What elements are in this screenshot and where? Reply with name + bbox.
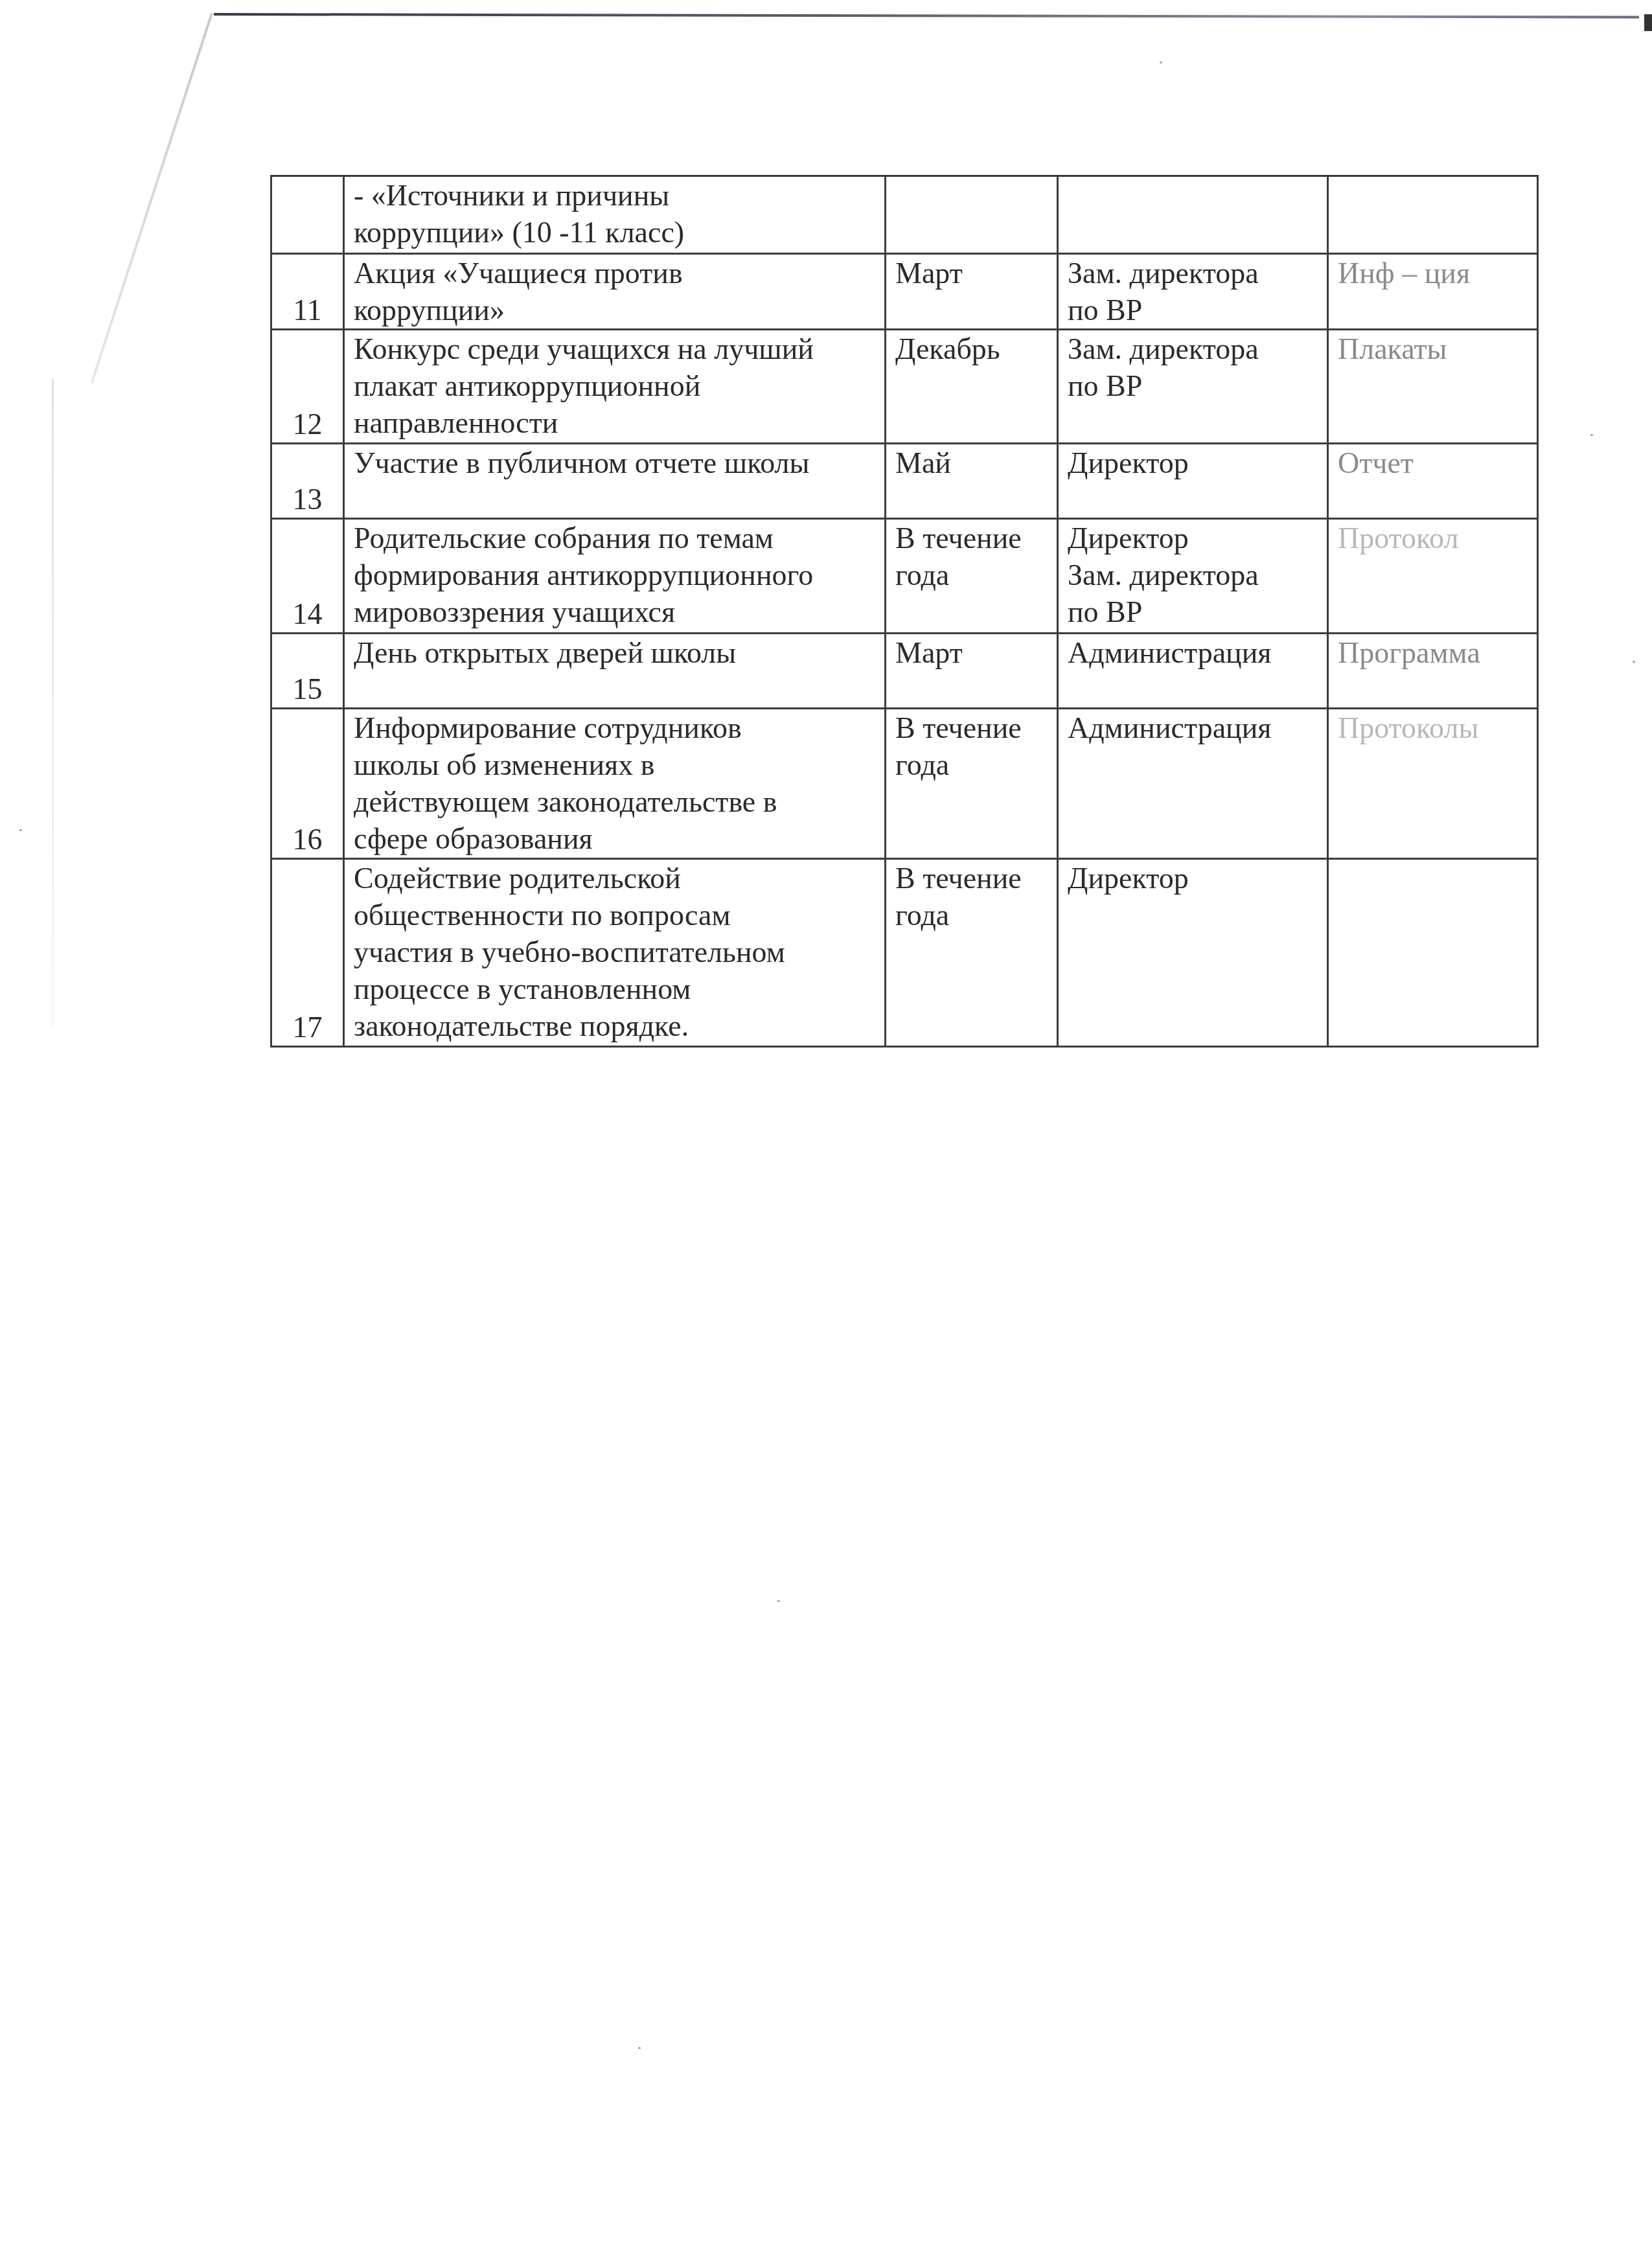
responsible-text-line: по ВР	[1068, 367, 1320, 404]
timing-cell: В течениегода	[886, 859, 1058, 1047]
scan-top-border-artifact	[214, 13, 1639, 19]
table-row: - «Источники и причиныкоррупции» (10 -11…	[271, 176, 1538, 254]
timing-cell: Март	[886, 254, 1058, 330]
row-number-cell	[271, 176, 344, 254]
event-text-line: - «Источники и причины	[354, 177, 878, 214]
scan-speck	[1160, 62, 1162, 63]
timing-text-line: Май	[895, 444, 1050, 481]
row-number-cell: 15	[271, 634, 344, 709]
timing-text-line: Декабрь	[895, 330, 1050, 367]
timing-text-line: года	[895, 897, 1050, 934]
responsible-cell: ДиректорЗам. директорапо ВР	[1058, 519, 1328, 634]
timing-text-line: года	[895, 746, 1050, 783]
event-text-line: Акция «Учащиеся против	[354, 255, 878, 292]
event-text-line: коррупции»	[354, 292, 878, 328]
event-text-line: Информирование сотрудников	[354, 709, 878, 746]
result-cell	[1328, 176, 1538, 254]
responsible-text-line: Зам. директора	[1068, 255, 1320, 292]
scan-page-edge-artifact	[52, 379, 54, 1027]
row-number-cell: 13	[271, 444, 344, 519]
event-text-line: плакат антикоррупционной	[354, 367, 878, 404]
event-text-line: мировоззрения учащихся	[354, 593, 878, 630]
timing-cell: Май	[886, 444, 1058, 519]
row-number-cell: 11	[271, 254, 344, 330]
scan-corner-artifact	[1644, 14, 1652, 31]
responsible-cell: Администрация	[1058, 634, 1328, 709]
scan-speck	[638, 2047, 641, 2049]
event-cell: День открытых дверей школы	[344, 634, 886, 709]
timing-cell: В течениегода	[886, 709, 1058, 859]
responsible-text-line: по ВР	[1068, 593, 1320, 630]
row-number-cell: 12	[271, 330, 344, 444]
responsible-cell: Директор	[1058, 444, 1328, 519]
timing-text-line: В течение	[895, 520, 1050, 556]
event-text-line: законодательстве порядке.	[354, 1007, 878, 1044]
responsible-text-line: Администрация	[1068, 634, 1320, 671]
timing-text-line: Март	[895, 255, 1050, 292]
timing-cell: В течениегода	[886, 519, 1058, 634]
table-row: 17Содействие родительскойобщественности …	[271, 859, 1538, 1047]
responsible-text-line: Директор	[1068, 860, 1320, 897]
timing-text-line: В течение	[895, 860, 1050, 897]
result-text-line: Отчет	[1338, 444, 1530, 481]
table-row: 12Конкурс среди учащихся на лучшийплакат…	[271, 330, 1538, 444]
row-number-cell: 14	[271, 519, 344, 634]
responsible-text-line: Зам. директора	[1068, 330, 1320, 367]
result-text-line: Программа	[1338, 634, 1530, 671]
event-text-line: общественности по вопросам	[354, 897, 878, 934]
table-row: 15День открытых дверей школыМартАдминист…	[271, 634, 1538, 709]
scan-speck	[777, 1600, 780, 1602]
event-cell: Конкурс среди учащихся на лучшийплакат а…	[344, 330, 886, 444]
result-cell: Программа	[1328, 634, 1538, 709]
timing-cell	[886, 176, 1058, 254]
event-text-line: День открытых дверей школы	[354, 634, 878, 671]
event-cell: Информирование сотрудниковшколы об измен…	[344, 709, 886, 859]
event-text-line: Участие в публичном отчете школы	[354, 444, 878, 481]
event-text-line: школы об изменениях в	[354, 746, 878, 783]
result-cell: Протокол	[1328, 519, 1538, 634]
table-row: 16Информирование сотрудниковшколы об изм…	[271, 709, 1538, 859]
event-text-line: Родительские собрания по темам	[354, 520, 878, 556]
timing-text-line: Март	[895, 634, 1050, 671]
timing-cell: Март	[886, 634, 1058, 709]
responsible-cell: Зам. директорапо ВР	[1058, 330, 1328, 444]
result-text-line: Инф – ция	[1338, 255, 1530, 292]
table-body: - «Источники и причиныкоррупции» (10 -11…	[271, 176, 1538, 1047]
result-text-line: Протоколы	[1338, 709, 1530, 746]
event-cell: Участие в публичном отчете школы	[344, 444, 886, 519]
event-cell: Акция «Учащиеся противкоррупции»	[344, 254, 886, 330]
table-row: 13Участие в публичном отчете школыМайДир…	[271, 444, 1538, 519]
responsible-text-line: Директор	[1068, 520, 1320, 556]
row-number-cell: 16	[271, 709, 344, 859]
result-text-line: Плакаты	[1338, 330, 1530, 367]
result-text-line: Протокол	[1338, 520, 1530, 556]
scan-page-edge-artifact	[91, 13, 213, 384]
timing-text-line: года	[895, 556, 1050, 593]
timing-text-line: В течение	[895, 709, 1050, 746]
responsible-text-line: Зам. директора	[1068, 556, 1320, 593]
table-row: 11Акция «Учащиеся противкоррупции»МартЗа…	[271, 254, 1538, 330]
result-cell: Отчет	[1328, 444, 1538, 519]
event-text-line: участия в учебно-воспитательном	[354, 934, 878, 970]
scan-speck	[19, 829, 22, 831]
timing-cell: Декабрь	[886, 330, 1058, 444]
scan-speck	[1633, 661, 1635, 663]
event-cell: - «Источники и причиныкоррупции» (10 -11…	[344, 176, 886, 254]
event-text-line: Конкурс среди учащихся на лучший	[354, 330, 878, 367]
responsible-cell: Администрация	[1058, 709, 1328, 859]
result-cell: Плакаты	[1328, 330, 1538, 444]
event-text-line: действующем законодательстве в	[354, 783, 878, 820]
row-number-cell: 17	[271, 859, 344, 1047]
anticorruption-plan-table: - «Источники и причиныкоррупции» (10 -11…	[270, 175, 1539, 1048]
event-text-line: процессе в установленном	[354, 970, 878, 1007]
event-text-line: коррупции» (10 -11 класс)	[354, 214, 878, 251]
responsible-text-line: Директор	[1068, 444, 1320, 481]
responsible-text-line: Администрация	[1068, 709, 1320, 746]
result-cell	[1328, 859, 1538, 1047]
responsible-cell: Зам. директорапо ВР	[1058, 254, 1328, 330]
scan-speck	[1590, 434, 1593, 436]
event-cell: Содействие родительскойобщественности по…	[344, 859, 886, 1047]
responsible-cell: Директор	[1058, 859, 1328, 1047]
event-text-line: сфере образования	[354, 820, 878, 857]
event-text-line: формирования антикоррупционного	[354, 556, 878, 593]
responsible-cell	[1058, 176, 1328, 254]
responsible-text-line: по ВР	[1068, 292, 1320, 328]
event-text-line: направленности	[354, 404, 878, 441]
result-cell: Протоколы	[1328, 709, 1538, 859]
result-cell: Инф – ция	[1328, 254, 1538, 330]
event-cell: Родительские собрания по темамформирован…	[344, 519, 886, 634]
event-text-line: Содействие родительской	[354, 860, 878, 897]
table-row: 14Родительские собрания по темамформиров…	[271, 519, 1538, 634]
